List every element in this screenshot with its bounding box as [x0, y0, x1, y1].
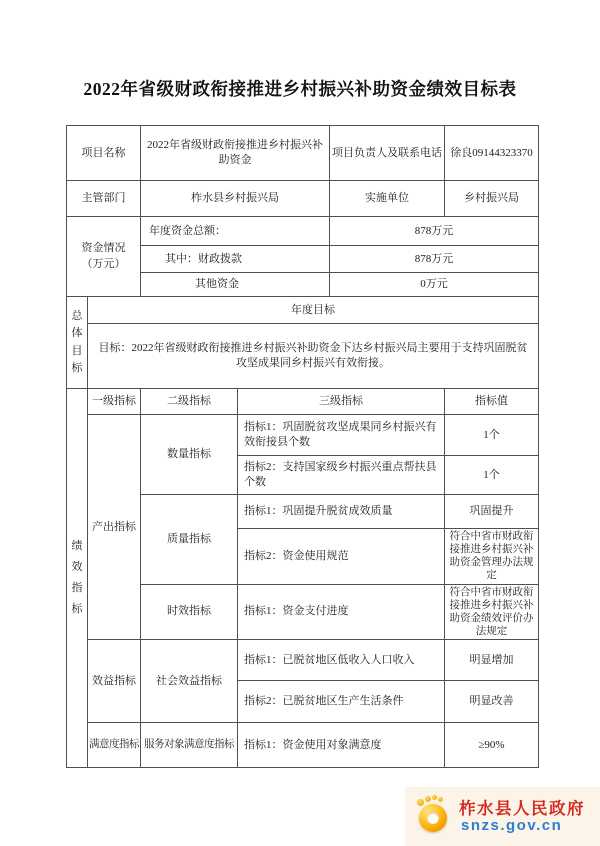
performance-target-table: 项目名称 2022年省级财政衔接推进乡村振兴补助资金 项目负责人及联系电话 徐良… — [66, 125, 539, 768]
impl-label-cell: 实施单位 — [330, 181, 445, 217]
funds-label-line1: 资金情况 — [69, 241, 138, 256]
indicator-name-cell: 指标2：已脱贫地区生产生活条件 — [238, 681, 445, 723]
funds-row-label: 其中：财政拨款 — [141, 246, 330, 273]
annual-goal-header-cell: 年度目标 — [88, 297, 539, 324]
indicator-name-cell: 指标1：巩固脱贫攻坚成果同乡村振兴有效衔接县个数 — [238, 415, 445, 456]
indicator-name-cell: 指标2：支持国家级乡村振兴重点帮扶县个数 — [238, 456, 445, 495]
funds-row-value: 0万元 — [330, 273, 539, 297]
overall-goal-side-label: 总体目标 — [67, 297, 88, 389]
indicator-name-cell: 指标1：资金使用对象满意度 — [238, 723, 445, 768]
col-header-level1: 一级指标 — [88, 389, 141, 415]
performance-side-label: 绩效指标 — [67, 389, 88, 768]
government-site-watermark: 柞水县人民政府 snzs.gov.cn — [405, 787, 600, 846]
footprint-icon — [417, 796, 453, 834]
col-header-level2: 二级指标 — [141, 389, 238, 415]
document-page: 2022年省级财政衔接推进乡村振兴补助资金绩效目标表 项目名称 2022年省级财… — [0, 0, 600, 846]
indicator-value-cell: 符合中省市财政衔接推进乡村振兴补助资金绩效评价办法规定 — [445, 584, 539, 640]
col-header-level3: 三级指标 — [238, 389, 445, 415]
col-header-value: 指标值 — [445, 389, 539, 415]
site-url: snzs.gov.cn — [461, 817, 600, 834]
manager-label-cell: 项目负责人及联系电话 — [330, 126, 445, 181]
indicator-value-cell: 明显改善 — [445, 681, 539, 723]
project-name-label-cell: 项目名称 — [67, 126, 141, 181]
indicator-value-cell: 符合中省市财政衔接推进乡村振兴补助资金管理办法规定 — [445, 529, 539, 585]
dept-label-cell: 主管部门 — [67, 181, 141, 217]
indicator-value-cell: ≥90% — [445, 723, 539, 768]
level1-cell-satisfaction: 满意度指标 — [88, 723, 141, 768]
funds-row-label: 其他资金 — [141, 273, 330, 297]
indicator-name-cell: 指标2：资金使用规范 — [238, 529, 445, 585]
funds-label-line2: （万元） — [69, 257, 138, 272]
indicator-value-cell: 巩固提升 — [445, 495, 539, 529]
level2-cell-timeliness: 时效指标 — [141, 584, 238, 640]
indicator-value-cell: 1个 — [445, 456, 539, 495]
project-name-cell: 2022年省级财政衔接推进乡村振兴补助资金 — [141, 126, 330, 181]
indicator-value-cell: 1个 — [445, 415, 539, 456]
indicator-name-cell: 指标1：资金支付进度 — [238, 584, 445, 640]
impl-value-cell: 乡村振兴局 — [445, 181, 539, 217]
funds-row-value: 878万元 — [330, 246, 539, 273]
funds-row-value: 878万元 — [330, 217, 539, 246]
level2-cell-social-benefit: 社会效益指标 — [141, 640, 238, 723]
manager-value-cell: 徐良09144323370 — [445, 126, 539, 181]
indicator-name-cell: 指标1：已脱贫地区低收入人口收入 — [238, 640, 445, 681]
funds-row-label: 年度资金总额： — [141, 217, 330, 246]
level2-cell-service-satisfaction: 服务对象满意度指标 — [141, 723, 238, 768]
indicator-name-cell: 指标1：巩固提升脱贫成效质量 — [238, 495, 445, 529]
funds-label-cell: 资金情况 （万元） — [67, 217, 141, 297]
level1-cell-output: 产出指标 — [88, 415, 141, 640]
dept-value-cell: 柞水县乡村振兴局 — [141, 181, 330, 217]
annual-goal-text-cell: 目标：2022年省级财政衔接推进乡村振兴补助资金下达乡村振兴局主要用于支持巩固脱… — [88, 324, 539, 389]
level2-cell-quality: 质量指标 — [141, 495, 238, 585]
indicator-value-cell: 明显增加 — [445, 640, 539, 681]
site-name: 柞水县人民政府 — [459, 795, 599, 819]
document-title: 2022年省级财政衔接推进乡村振兴补助资金绩效目标表 — [0, 76, 600, 101]
level1-cell-benefit: 效益指标 — [88, 640, 141, 723]
level2-cell-quantity: 数量指标 — [141, 415, 238, 495]
